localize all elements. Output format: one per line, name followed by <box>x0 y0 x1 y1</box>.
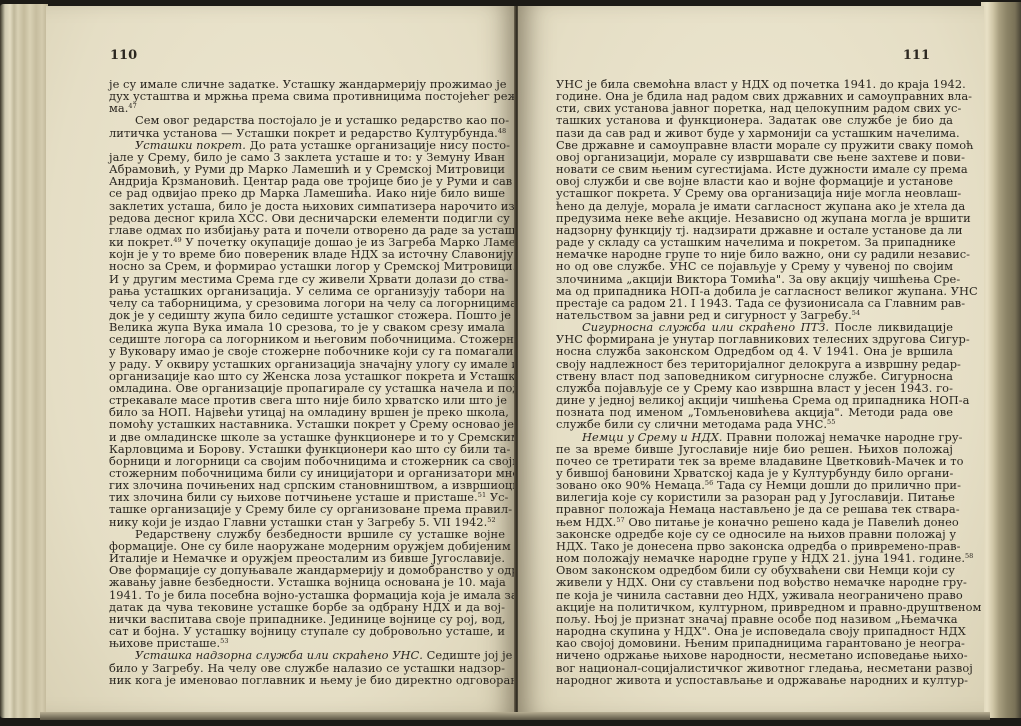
page-text: је су имале сличне задатке. Усташку жанд… <box>109 78 505 686</box>
footnote-ref: 49 <box>173 236 181 244</box>
footnote-ref: 54 <box>852 309 860 317</box>
page-number: 111 <box>903 48 930 63</box>
page-left: 110 је су имале сличне задатке. Усташку … <box>46 6 516 714</box>
text-line: дух усташтва и мржња према свима противн… <box>109 90 505 102</box>
book-edge-right <box>981 2 1021 718</box>
page-right: 111 УНС је била свемоћна власт у НДХ од … <box>518 6 984 714</box>
book-bottom-edge <box>40 712 990 720</box>
footnote-ref: 57 <box>616 516 624 524</box>
page-text: УНС је била свемоћна власт у НДХ од поче… <box>556 78 953 686</box>
page-number: 110 <box>110 48 137 63</box>
footnote-ref: 52 <box>487 516 495 524</box>
footnote-ref: 47 <box>128 102 136 110</box>
footnote-ref: 51 <box>478 491 486 499</box>
text-line: ник кога је именовао поглавник и њему је… <box>109 674 505 686</box>
book-edge-left <box>0 4 48 718</box>
text-line: народног живота и успостављање и одржава… <box>556 674 953 686</box>
open-book: 110 је су имале сличне задатке. Усташку … <box>0 0 1021 726</box>
footnote-ref: 58 <box>965 552 973 560</box>
footnote-ref: 55 <box>827 418 835 426</box>
footnote-ref: 48 <box>498 127 506 135</box>
footnote-ref: 53 <box>220 637 228 645</box>
